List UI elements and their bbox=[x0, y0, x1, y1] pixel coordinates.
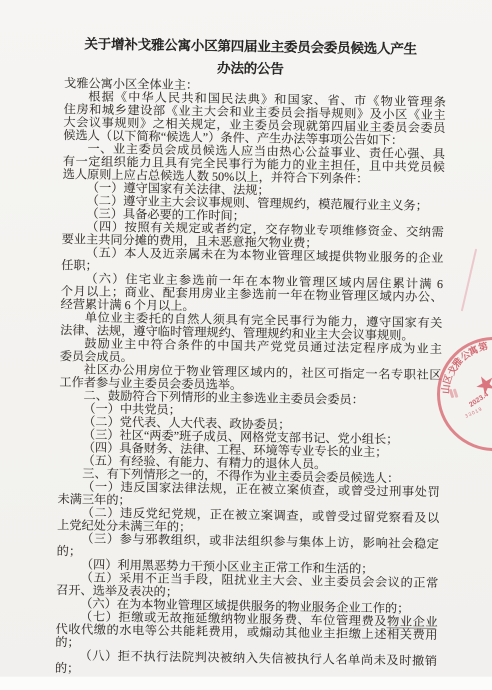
seal-arc-char: 第 bbox=[477, 338, 489, 354]
scanned-document-page: 关于增补戈雅公寓小区第四届业主委员会委员候选人产生 办法的公告 戈雅公寓小区全体… bbox=[0, 0, 492, 690]
printed-content: 关于增补戈雅公寓小区第四届业主委员会委员候选人产生 办法的公告 戈雅公寓小区全体… bbox=[0, 0, 492, 690]
document-body: 戈雅公寓小区全体业主：根据《中华人民共和国民法典》和国家、省、市《物业管理条例》… bbox=[55, 77, 446, 681]
scanner-edge-strip bbox=[0, 676, 492, 690]
committee-red-seal: ★ 2023.4 33019 山区戈雅公寓第 bbox=[434, 334, 492, 454]
